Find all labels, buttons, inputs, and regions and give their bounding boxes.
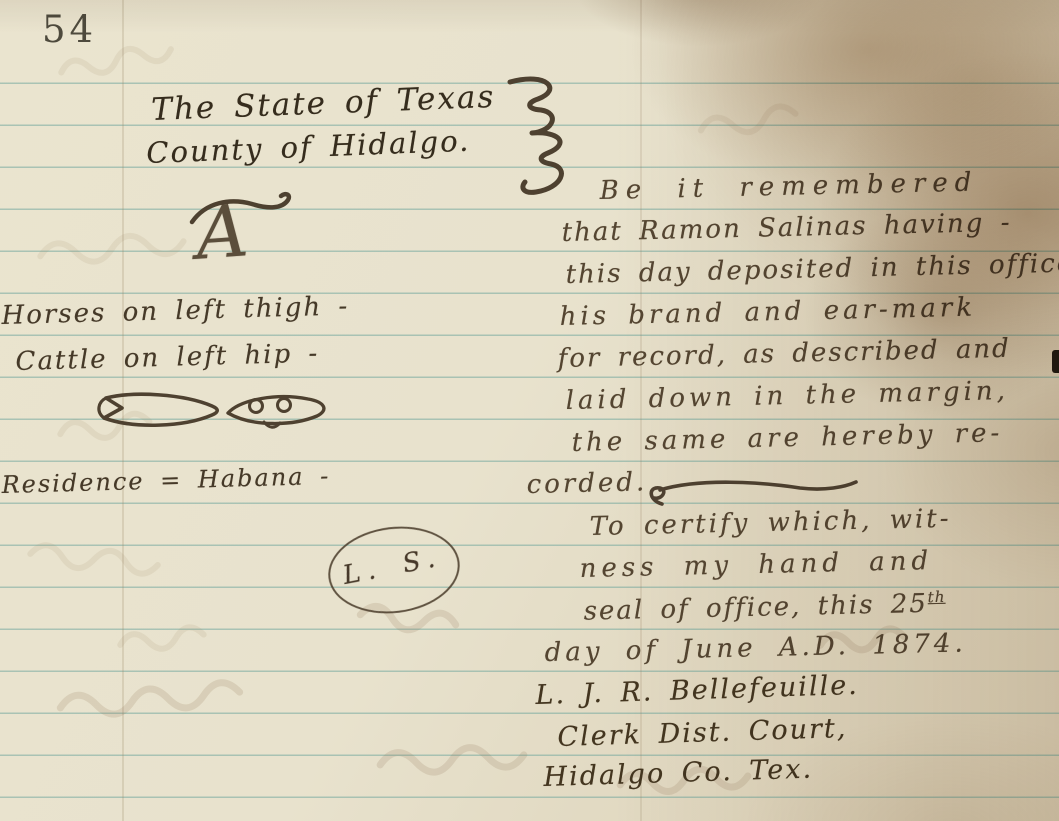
- scan-edge-artifact: [1052, 350, 1059, 373]
- ordinal-suffix: th: [927, 588, 945, 606]
- brace-icon: [494, 76, 582, 198]
- ear-swallow-fork-mark: [99, 394, 217, 425]
- ledger-page: 54 The State of Texas County of Hidalgo.…: [0, 0, 1059, 821]
- body-line: corded.: [526, 467, 647, 500]
- page-number: 54: [42, 8, 97, 51]
- earmark-drawings: [88, 386, 338, 446]
- seal-label: L. S.: [340, 542, 444, 591]
- ear-double-hole-underbit-mark: [228, 397, 324, 428]
- brand-flourish-icon: [186, 190, 296, 230]
